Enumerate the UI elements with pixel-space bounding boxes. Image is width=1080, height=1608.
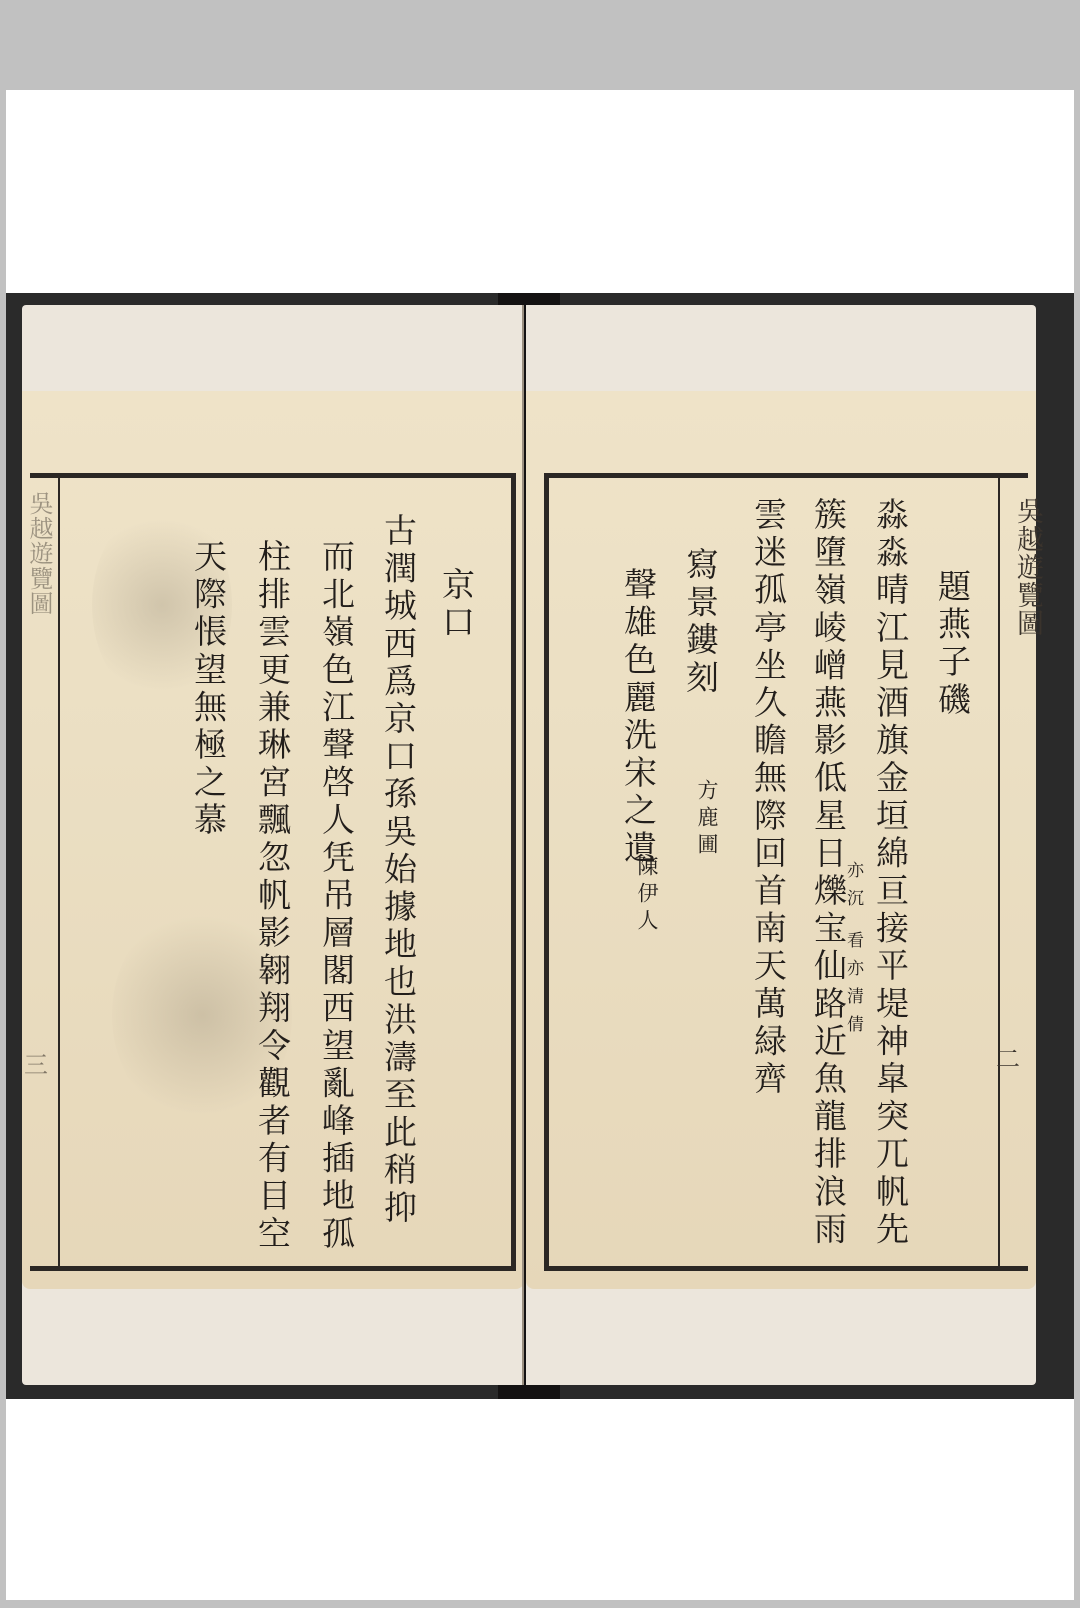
left-col-line4: 天際悵望無極之慕 [192, 539, 225, 840]
left-margin-rule [58, 478, 60, 1266]
right-block-heart-title: 吳越遊覽圖 [1008, 497, 1047, 637]
left-block-heart-faint: 吳越遊覽圖 [22, 491, 57, 616]
left-page: 吳越遊覽圖 三 京口 古潤城西爲京口孫吳始據地也洪濤至此稍抑 而北嶺色江聲啓人凭… [22, 305, 524, 1385]
right-col-title2: 寫景鏤刻 [684, 547, 717, 697]
left-col-title: 京口 [440, 567, 473, 642]
right-col-line2: 簇墮嶺崚嶒燕影低星日爍宝仙路近魚龍排浪雨 [812, 497, 845, 1249]
left-col-line1: 古潤城西爲京口孫吳始據地也洪濤至此稍抑 [382, 513, 415, 1227]
left-page-number: 三 [24, 1045, 48, 1080]
book-scan-image: 吳越遊覽圖 三 京口 古潤城西爲京口孫吳始據地也洪濤至此稍抑 而北嶺色江聲啓人凭… [6, 293, 1074, 1399]
book-gutter [522, 305, 524, 1385]
right-col-title: 題燕子磯 [936, 569, 969, 719]
right-col-author2: 陳伊人 [636, 855, 657, 936]
left-col-line3: 柱排雲更兼琳宮飄忽帆影翱翔令觀者有目空 [256, 539, 289, 1253]
right-col-author1: 方鹿圃 [696, 779, 717, 860]
right-margin-rule [998, 478, 1000, 1266]
right-page-number: 二 [996, 1039, 1020, 1074]
right-page: 吳越遊覽圖 二 題燕子磯 淼淼晴江見酒旗金垣綿亘接平堤神皐突兀帆先 亦沉 看亦清… [526, 305, 1036, 1385]
left-col-line2: 而北嶺色江聲啓人凭吊層閣西望亂峰插地孤 [320, 539, 353, 1253]
right-col-line1: 淼淼晴江見酒旗金垣綿亘接平堤神皐突兀帆先 [874, 497, 907, 1249]
right-col-line3: 雲迷孤亭坐久瞻無際回首南天萬緑齊 [752, 497, 785, 1099]
right-col-line4: 聲雄色麗洗宋之遺 [622, 567, 655, 868]
